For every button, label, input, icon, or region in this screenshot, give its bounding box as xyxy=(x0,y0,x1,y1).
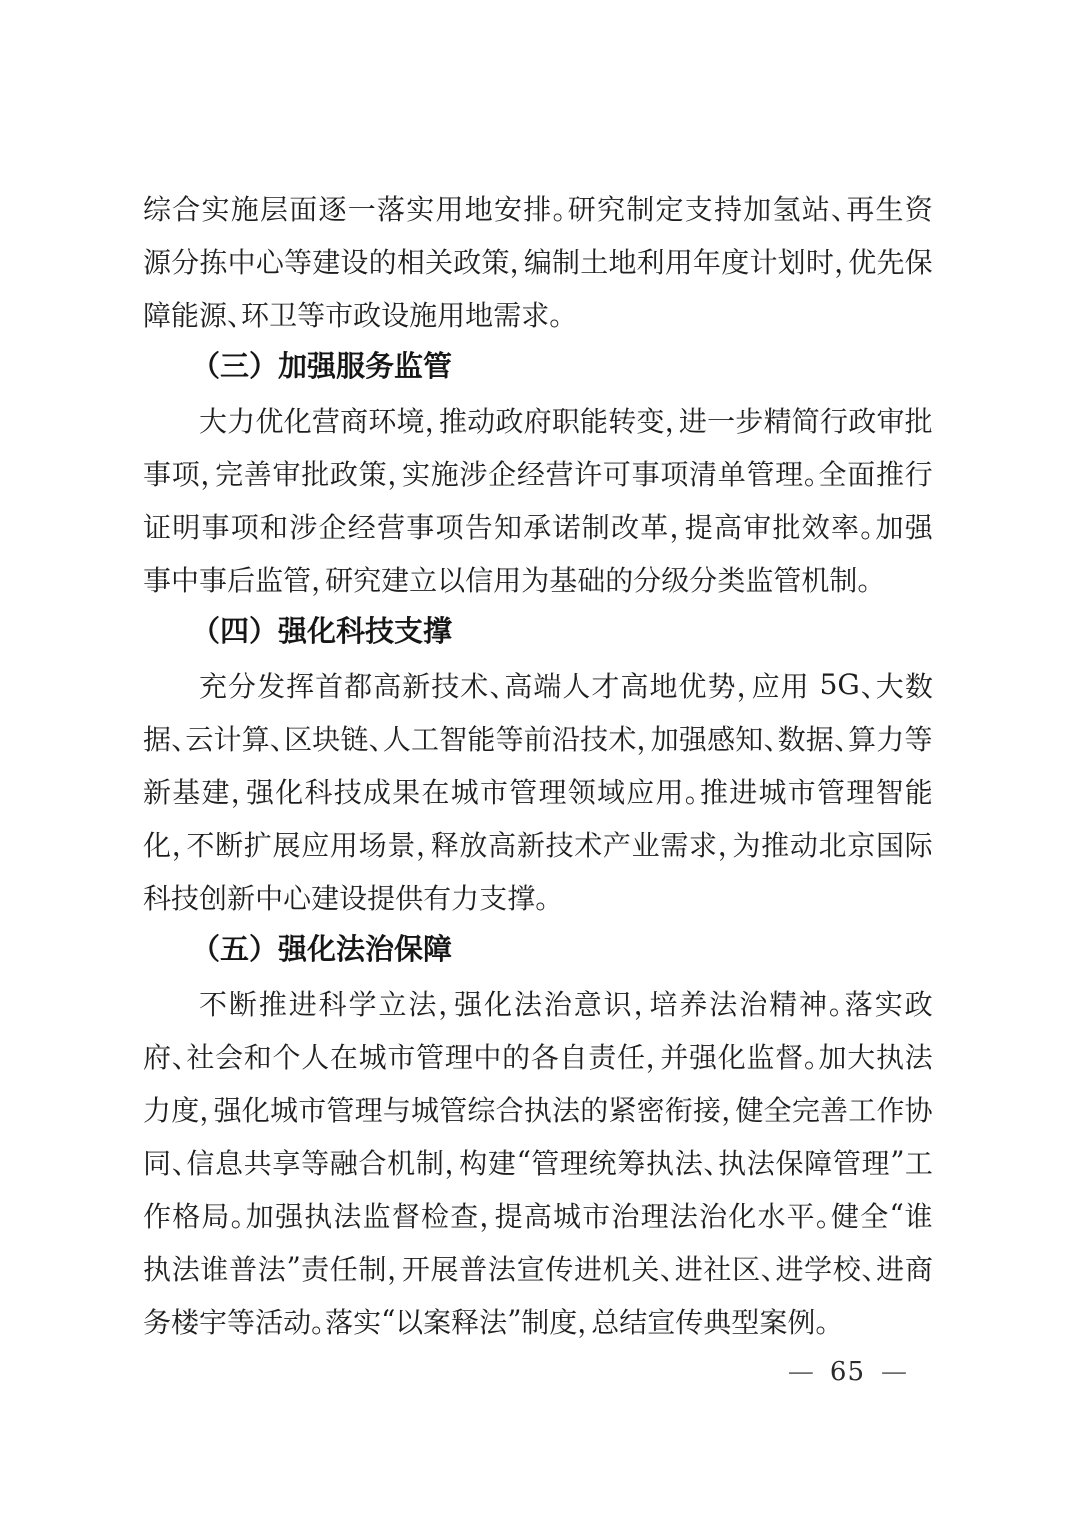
text-line: 充分发挥首都高新技术、高端人才高地优势，应用 5G、大数 xyxy=(143,658,933,711)
text-line: 源分拣中心等建设的相关政策，编制土地利用年度计划时，优先保 xyxy=(143,234,933,287)
text-line: 事中事后监管，研究建立以信用为基础的分级分类监管机制。 xyxy=(143,552,933,605)
text-line: 综合实施层面逐一落实用地安排。研究制定支持加氢站、再生资 xyxy=(143,181,933,234)
text-line: 力度，强化城市管理与城管综合执法的紧密衔接，健全完善工作协 xyxy=(143,1082,933,1135)
document-page: 综合实施层面逐一落实用地安排。研究制定支持加氢站、再生资源分拣中心等建设的相关政… xyxy=(0,0,1080,1527)
text-block: 综合实施层面逐一落实用地安排。研究制定支持加氢站、再生资源分拣中心等建设的相关政… xyxy=(143,181,933,1347)
section-heading: （四）强化科技支撑 xyxy=(143,605,933,658)
section-heading: （三）加强服务监管 xyxy=(143,340,933,393)
text-line: 障能源、环卫等市政设施用地需求。 xyxy=(143,287,933,340)
text-line: 执法谁普法”责任制，开展普法宣传进机关、进社区、进学校、进商 xyxy=(143,1241,933,1294)
text-line: 新基建，强化科技成果在城市管理领域应用。推进城市管理智能 xyxy=(143,764,933,817)
page-number-dash-right: — xyxy=(881,1357,907,1387)
text-line: 化，不断扩展应用场景，释放高新技术产业需求，为推动北京国际 xyxy=(143,817,933,870)
text-line: 不断推进科学立法，强化法治意识，培养法治精神。落实政 xyxy=(143,976,933,1029)
text-line: 作格局。加强执法监督检查，提高城市治理法治化水平。健全“谁 xyxy=(143,1188,933,1241)
text-line: 证明事项和涉企经营事项告知承诺制改革，提高审批效率。加强 xyxy=(143,499,933,552)
page-number-value: 65 xyxy=(830,1357,865,1387)
text-line: 府、社会和个人在城市管理中的各自责任，并强化监督。加大执法 xyxy=(143,1029,933,1082)
page-number: — 65 — xyxy=(788,1352,907,1392)
section-heading: （五）强化法治保障 xyxy=(143,923,933,976)
text-line: 同、信息共享等融合机制，构建“管理统筹执法、执法保障管理”工 xyxy=(143,1135,933,1188)
text-line: 事项，完善审批政策，实施涉企经营许可事项清单管理。全面推行 xyxy=(143,446,933,499)
text-line: 大力优化营商环境，推动政府职能转变，进一步精简行政审批 xyxy=(143,393,933,446)
text-line: 务楼宇等活动。落实“以案释法”制度，总结宣传典型案例。 xyxy=(143,1294,933,1347)
text-line: 科技创新中心建设提供有力支撑。 xyxy=(143,870,933,923)
text-line: 据、云计算、区块链、人工智能等前沿技术，加强感知、数据、算力等 xyxy=(143,711,933,764)
page-number-dash-left: — xyxy=(788,1357,814,1387)
